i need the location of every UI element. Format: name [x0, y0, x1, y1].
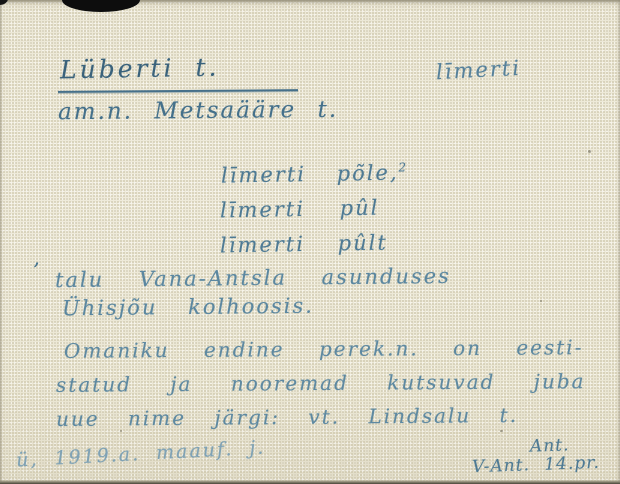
body-line-1: Omaniku endine perek.n. on eesti- [64, 335, 584, 363]
date-note: ü, 1919.a. maauf. j. [16, 436, 266, 471]
variant-line-2: līmerti pûl [220, 196, 380, 223]
paper-speck [588, 150, 591, 153]
variant-line-3: līmerti pûlt [220, 231, 388, 258]
body-line-2: statud ja nooremad kutsuvad juba [56, 369, 586, 397]
official-name-line: am.n. Metsaääre t. [58, 97, 338, 125]
scanned-card: Lüberti t. līmerti am.n. Metsaääre t. lī… [0, 0, 620, 484]
paper-speck [500, 430, 503, 432]
title-underline [58, 89, 298, 93]
footnote-mark: ’ [33, 258, 39, 282]
body-line-3: uue nime järgi: vt. Lindsalu t. [56, 403, 518, 431]
variant-text-1: līmerti põle, [221, 161, 399, 188]
variant-line-1: līmerti põle,2 [221, 160, 407, 187]
punch-hole-shadow [62, 0, 140, 12]
card-bottom-edge-shadow [0, 480, 620, 484]
card-title: Lüberti t. [60, 53, 220, 85]
archive-reference: V-Ant. 14.pr. [472, 453, 601, 477]
variant-superscript: 2 [398, 160, 406, 174]
location-note-line-1: talu Vana-Antsla asunduses [55, 264, 451, 292]
location-note-line-2: Ühisjõu kolhoosis. [62, 294, 314, 321]
paper-speck [540, 300, 542, 302]
index-term: līmerti [435, 56, 521, 84]
card-left-edge-shadow [0, 0, 3, 484]
paper-speck [120, 430, 122, 432]
